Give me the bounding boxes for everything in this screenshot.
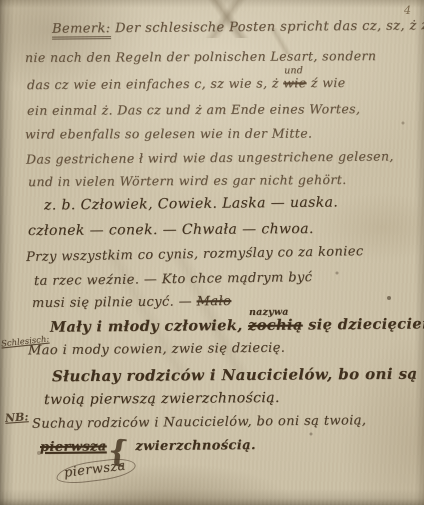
struck-word: pierwsza	[40, 439, 107, 455]
manuscript-line-10: Przy wszystkim co cynis, rozmyślay co za…	[26, 244, 364, 265]
inserted-word: und	[284, 65, 303, 76]
correction-brace: {	[106, 450, 130, 453]
manuscript-line-17: Suchay rodziców i Naucicielów, bo oni są…	[32, 413, 367, 432]
margin-note-nb: NB:	[5, 410, 29, 425]
ink-specks	[0, 0, 2, 2]
struck-word: Mało	[197, 294, 232, 309]
manuscript-line-11: ta rzec weźnie. — Kto chce mądrym być	[34, 270, 313, 289]
manuscript-line-19: pierwsza	[55, 458, 136, 484]
struck-word: wie	[283, 75, 306, 90]
manuscript-page: 4 Bemerk: Der schlesische Posten spricht…	[0, 0, 424, 505]
manuscript-line-6: Das gestrichene ł wird wie das ungestric…	[26, 148, 394, 166]
line-text: ta rzec weźnie. — Kto chce mądrym być	[34, 270, 313, 289]
line-text: Słuchay rodziców i Naucicielów, bo oni s…	[52, 365, 418, 386]
line-text: das cz wie ein einfaches c, sz wie s, ż	[27, 75, 283, 92]
line-text: wird ebenfalls so gelesen wie in der Mit…	[25, 125, 312, 141]
line-text: z. b. Człowiek, Cowiek. Laska — uaska.	[44, 194, 338, 213]
line-text: członek — conek. — Chwała — chwoa.	[28, 221, 314, 239]
line-text: und in vielen Wörtern wird es gar nicht …	[28, 172, 347, 189]
manuscript-line-13: Mały i młody człowiek, nazywazochią się …	[50, 315, 424, 335]
manuscript-line-2: nie nach den Regeln der polnischen Lesar…	[25, 48, 376, 65]
line-text: Suchay rodziców i Naucicielów, bo oni są…	[32, 413, 367, 432]
line-text: ein einmal ż. Das cz und ż am Ende eines…	[27, 101, 360, 118]
manuscript-line-8: z. b. Człowiek, Cowiek. Laska — uaska.	[44, 194, 338, 213]
correction-group: nazywazochią	[248, 317, 303, 334]
line-text: ź wie	[306, 75, 345, 90]
manuscript-line-3: das cz wie ein einfaches c, sz wie s, ż …	[27, 75, 346, 92]
page-number: 4	[404, 4, 411, 17]
manuscript-line-5: wird ebenfalls so gelesen wie in der Mit…	[25, 125, 312, 141]
manuscript-line-1: Bemerk: Der schlesische Posten spricht d…	[52, 18, 424, 36]
manuscript-line-4: ein einmal ż. Das cz und ż am Ende eines…	[27, 101, 360, 118]
line-text: nie nach den Regeln der polnischen Lesar…	[25, 48, 376, 65]
manuscript-line-7: und in vielen Wörtern wird es gar nicht …	[28, 172, 347, 189]
correction-group: undwie	[283, 75, 306, 90]
line-text: Mały i młody człowiek,	[50, 317, 248, 336]
line-text: zwierzchnością.	[130, 438, 256, 454]
manuscript-line-9: członek — conek. — Chwała — chwoa.	[28, 221, 314, 239]
manuscript-line-14: Mao i mody cowien, zwie się dziecię.	[28, 341, 285, 359]
line-text: twoią pierwszą zwierzchnością.	[44, 390, 280, 408]
rewritten-word: pierwsza	[55, 456, 137, 486]
manuscript-line-16: twoią pierwszą zwierzchnością.	[44, 390, 280, 408]
line-text: Przy wszystkim co cynis, rozmyślay co za…	[26, 244, 364, 265]
manuscript-line-15: Słuchay rodziców i Naucicielów, bo oni s…	[52, 365, 418, 386]
inserted-word: nazywa	[249, 307, 289, 318]
manuscript-line-18: pierwsza{ zwierzchnością.	[40, 438, 256, 455]
line-text: Das gestrichene ł wird wie das ungestric…	[26, 148, 394, 166]
struck-word: zochią	[248, 317, 303, 334]
heading-word: Bemerk:	[52, 21, 111, 40]
line-text: Mao i mody cowien, zwie się dziecię.	[28, 341, 285, 359]
manuscript-line-12: musi się pilnie ucyć. — Mało	[32, 294, 231, 311]
line-text: musi się pilnie ucyć. —	[32, 294, 197, 311]
line-text: Der schlesische Posten spricht das cz, s…	[110, 18, 424, 36]
line-text: się dziecięciem.	[303, 315, 424, 333]
